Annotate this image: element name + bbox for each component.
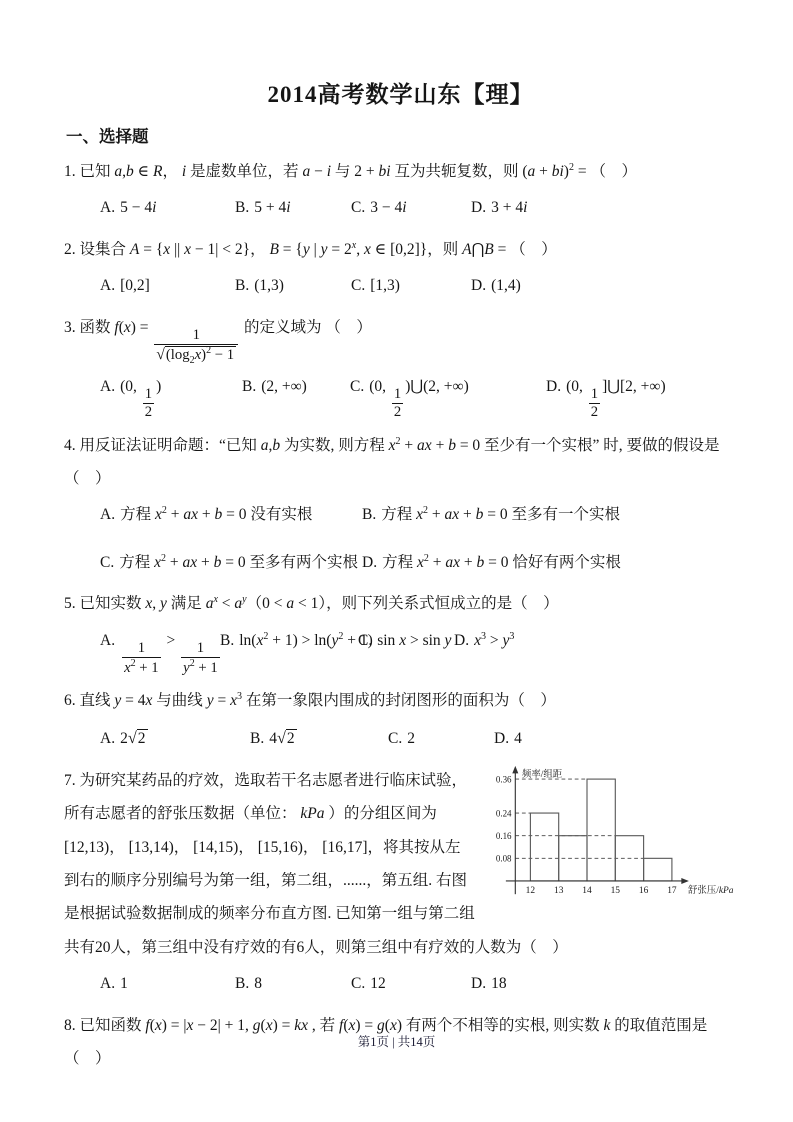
- option-d: D.x3 > y3: [454, 623, 737, 659]
- option-value: 方程 x2 + ax + b = 0 没有实根: [120, 506, 312, 523]
- option-d: D.(1,4): [471, 268, 737, 304]
- question-7-options: A.1B.8C.12D.18: [100, 966, 737, 1002]
- option-value: 3 + 4i: [491, 199, 527, 216]
- option-c: C.2: [388, 721, 494, 757]
- option-label: C.: [358, 632, 372, 649]
- option-value: 12: [370, 975, 386, 992]
- option-value: 2: [407, 730, 415, 747]
- question-6-stem: 6. 直线 y = 4x 与曲线 y = x3 在第一象限内围成的封闭图形的面积…: [64, 684, 737, 717]
- option-d: D.3 + 4i: [471, 190, 737, 226]
- option-value: ln(x2 + 1) > ln(y2 + 1): [239, 632, 373, 649]
- y-tick-label: 0.16: [496, 831, 512, 841]
- option-label: A.: [100, 199, 115, 216]
- option-label: A.: [100, 378, 115, 395]
- option-d: D.方程 x2 + ax + b = 0 恰好有两个实根: [362, 545, 737, 581]
- option-b: B.(2, +∞): [242, 369, 350, 405]
- x-tick-label: 15: [611, 886, 621, 896]
- option-label: A.: [100, 975, 115, 992]
- option-value: 方程 x2 + ax + b = 0 至多有两个实根: [119, 554, 358, 571]
- question-4: 4. 用反证法证明命题：“已知 a,b 为实数, 则方程 x2 + ax + b…: [64, 429, 737, 581]
- option-value: 4√2: [269, 730, 296, 747]
- question-6: 6. 直线 y = 4x 与曲线 y = x3 在第一象限内围成的封闭图形的面积…: [64, 684, 737, 757]
- option-value: 4: [514, 730, 522, 747]
- option-c: C.sin x > sin y: [358, 623, 454, 659]
- option-label: D.: [454, 632, 469, 649]
- frequency-histogram-svg: 0.080.160.240.36121314151617频率/组距舒张压/kPa: [487, 764, 737, 915]
- option-value: (2, +∞): [261, 378, 307, 395]
- question-5: 5. 已知实数 x, y 满足 ax < ay（0 < a < 1），则下列关系…: [64, 587, 737, 677]
- y-axis-arrow: [512, 766, 518, 774]
- option-c: C.(0, 12)⋃(2, +∞): [350, 369, 546, 422]
- option-b: B.4√2: [250, 720, 388, 757]
- question-3-stem: 3. 函数 f(x) = 1√(log2x)2 − 1 的定义域为 （ ）: [64, 311, 737, 367]
- option-d: D.18: [471, 966, 737, 1002]
- option-value: 方程 x2 + ax + b = 0 恰好有两个实根: [382, 554, 621, 571]
- option-label: C.: [351, 277, 365, 294]
- histogram-bar: [530, 813, 558, 881]
- option-b: B.ln(x2 + 1) > ln(y2 + 1): [220, 623, 358, 659]
- histogram-bar: [644, 858, 672, 881]
- option-label: B.: [235, 277, 249, 294]
- question-4-options: A.方程 x2 + ax + b = 0 没有实根B.方程 x2 + ax + …: [100, 497, 737, 580]
- x-tick-label: 14: [582, 886, 592, 896]
- option-value: (0, 12): [120, 378, 161, 395]
- option-label: D.: [494, 730, 509, 747]
- option-a: A.(0, 12): [100, 369, 242, 422]
- option-d: D.(0, 12]⋃[2, +∞): [546, 369, 737, 422]
- question-2: 2. 设集合 A = {x || x − 1| < 2}， B = {y | y…: [64, 233, 737, 304]
- x-tick-label: 13: [554, 886, 564, 896]
- option-b: B.5 + 4i: [235, 190, 351, 226]
- question-1-stem: 1. 已知 a,b ∈ R， i 是虚数单位，若 a − i 与 2 + bi …: [64, 155, 737, 188]
- frequency-histogram: 0.080.160.240.36121314151617频率/组距舒张压/kPa: [487, 764, 737, 915]
- question-4-stem: 4. 用反证法证明命题：“已知 a,b 为实数, 则方程 x2 + ax + b…: [64, 429, 737, 496]
- x-tick-label: 16: [639, 886, 649, 896]
- question-5-options: A.1x2 + 1 > 1y2 + 1B.ln(x2 + 1) > ln(y2 …: [100, 623, 737, 678]
- option-value: 方程 x2 + ax + b = 0 至多有一个实根: [381, 506, 620, 523]
- x-axis-arrow: [681, 878, 689, 884]
- question-1-options: A.5 − 4iB.5 + 4iC.3 − 4iD.3 + 4i: [100, 190, 737, 226]
- option-value: x3 > y3: [474, 632, 514, 649]
- y-tick-label: 0.36: [496, 774, 512, 784]
- option-label: D.: [471, 975, 486, 992]
- option-value: 5 − 4i: [120, 199, 156, 216]
- option-label: D.: [546, 378, 561, 395]
- option-label: B.: [220, 632, 234, 649]
- option-label: B.: [242, 378, 256, 395]
- option-label: A.: [100, 632, 115, 649]
- y-tick-label: 0.08: [496, 854, 512, 864]
- option-value: [0,2]: [120, 277, 150, 294]
- option-label: B.: [250, 730, 264, 747]
- option-a: A.2√2: [100, 720, 250, 757]
- question-3: 3. 函数 f(x) = 1√(log2x)2 − 1 的定义域为 （ ） A.…: [64, 311, 737, 422]
- option-label: B.: [235, 199, 249, 216]
- option-label: C.: [350, 378, 364, 395]
- option-value: (0, 12]⋃[2, +∞): [566, 378, 666, 395]
- option-c: C.12: [351, 966, 471, 1002]
- option-label: B.: [235, 975, 249, 992]
- question-6-options: A.2√2B.4√2C.2D.4: [100, 720, 737, 757]
- option-a: A.1: [100, 966, 235, 1002]
- option-value: 1x2 + 1 > 1y2 + 1: [120, 632, 222, 649]
- option-c: C.[1,3): [351, 268, 471, 304]
- option-c: C.3 − 4i: [351, 190, 471, 226]
- option-value: 5 + 4i: [254, 199, 290, 216]
- x-axis-title: 舒张压/kPa: [688, 885, 734, 896]
- option-a: A.[0,2]: [100, 268, 235, 304]
- option-label: D.: [471, 199, 486, 216]
- option-label: C.: [351, 199, 365, 216]
- x-tick-label: 17: [667, 886, 677, 896]
- question-3-options: A.(0, 12)B.(2, +∞)C.(0, 12)⋃(2, +∞)D.(0,…: [100, 369, 737, 422]
- option-label: C.: [100, 554, 114, 571]
- option-value: 18: [491, 975, 507, 992]
- option-value: (1,3): [254, 277, 284, 294]
- option-a: A.5 − 4i: [100, 190, 235, 226]
- question-1: 1. 已知 a,b ∈ R， i 是虚数单位，若 a − i 与 2 + bi …: [64, 155, 737, 226]
- question-2-stem: 2. 设集合 A = {x || x − 1| < 2}， B = {y | y…: [64, 233, 737, 266]
- option-value: 1: [120, 975, 128, 992]
- y-tick-label: 0.24: [496, 808, 512, 818]
- section-heading: 一、选择题: [66, 123, 737, 147]
- option-value: 8: [254, 975, 262, 992]
- option-label: B.: [362, 506, 376, 523]
- option-value: 2√2: [120, 730, 147, 747]
- page-footer: 第1页 | 共14页: [0, 1032, 793, 1050]
- question-2-options: A.[0,2]B.(1,3)C.[1,3)D.(1,4): [100, 268, 737, 304]
- option-b: B.(1,3): [235, 268, 351, 304]
- option-label: D.: [362, 554, 377, 571]
- y-axis-title: 频率/组距: [522, 768, 563, 780]
- option-label: D.: [471, 277, 486, 294]
- option-b: B.8: [235, 966, 351, 1002]
- option-c: C.方程 x2 + ax + b = 0 至多有两个实根: [100, 545, 362, 581]
- question-7: 0.080.160.240.36121314151617频率/组距舒张压/kPa…: [64, 764, 737, 1009]
- option-label: C.: [351, 975, 365, 992]
- histogram-bar: [587, 779, 615, 881]
- option-value: [1,3): [370, 277, 400, 294]
- option-b: B.方程 x2 + ax + b = 0 至多有一个实根: [362, 497, 737, 533]
- option-label: C.: [388, 730, 402, 747]
- question-5-stem: 5. 已知实数 x, y 满足 ax < ay（0 < a < 1），则下列关系…: [64, 587, 737, 620]
- x-tick-label: 12: [526, 886, 536, 896]
- page-title: 2014高考数学山东【理】: [64, 76, 737, 109]
- option-label: A.: [100, 730, 115, 747]
- option-a: A.1x2 + 1 > 1y2 + 1: [100, 623, 220, 678]
- option-a: A.方程 x2 + ax + b = 0 没有实根: [100, 497, 362, 533]
- option-value: 3 − 4i: [370, 199, 406, 216]
- document-page: 2014高考数学山东【理】 一、选择题 1. 已知 a,b ∈ R， i 是虚数…: [0, 0, 793, 1122]
- option-value: (1,4): [491, 277, 521, 294]
- option-label: A.: [100, 277, 115, 294]
- option-value: sin x > sin y: [377, 632, 451, 649]
- option-d: D.4: [494, 721, 737, 757]
- option-value: (0, 12)⋃(2, +∞): [369, 378, 469, 395]
- option-label: A.: [100, 506, 115, 523]
